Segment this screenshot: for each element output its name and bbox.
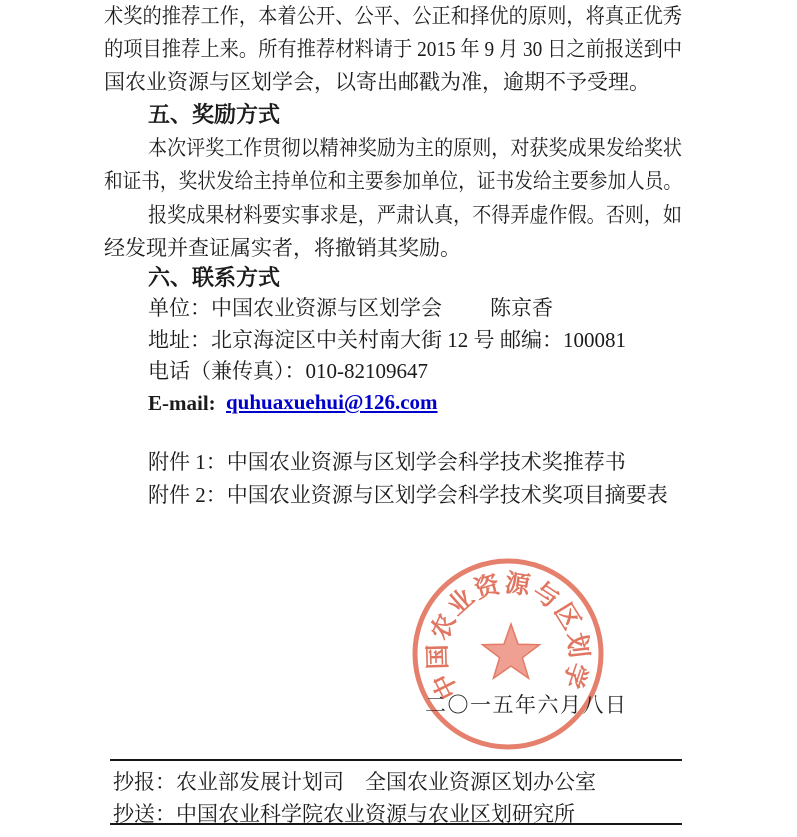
document-page: 术奖的推荐工作，本着公开、公平、公正和择优的原则，将真正优秀 的项目推荐上来。所… xyxy=(0,0,797,837)
body-line: 术奖的推荐工作，本着公开、公平、公正和择优的原则，将真正优秀 xyxy=(104,4,682,28)
section-heading-6: 六、联系方式 xyxy=(148,266,280,290)
attachment-line-2: 附件 2：中国农业资源与区划学会科学技术奖项目摘要表 xyxy=(148,483,668,507)
contact-postcode: 邮编：100081 xyxy=(500,328,626,352)
footer-rule-bottom xyxy=(110,823,682,825)
body-line: 的项目推荐上来。所有推荐材料请于 2015 年 9 月 30 日之前报送到中 xyxy=(104,37,682,61)
date-line: 二〇一五年六月八日 xyxy=(425,689,628,719)
footer-cc-report: 抄报：农业部发展计划司 全国农业资源区划办公室 xyxy=(113,770,596,794)
body-line: 报奖成果材料要实事求是，严肃认真，不得弄虚作假。否则，如 xyxy=(148,203,682,227)
attachment-line-1: 附件 1：中国农业资源与区划学会科学技术奖推荐书 xyxy=(148,450,626,474)
contact-person: 陈京香 xyxy=(490,296,553,320)
section-heading-5: 五、奖励方式 xyxy=(148,103,280,127)
contact-unit: 单位：中国农业资源与区划学会 xyxy=(148,296,442,320)
svg-text:中国农业资源与区划学会: 中国农业资源与区划学会 xyxy=(398,544,593,704)
body-line: 国农业资源与区划学会，以寄出邮戳为准，逾期不予受理。 xyxy=(104,70,650,94)
email-label: E-mail: xyxy=(148,391,216,415)
seal-arc-text: 中国农业资源与区划学会 xyxy=(398,544,593,704)
body-line: 和证书，奖状发给主持单位和主要参加单位，证书发给主要参加人员。 xyxy=(104,169,682,193)
contact-address: 地址：北京海淀区中关村南大街 12 号 xyxy=(148,328,495,352)
seal-star-icon xyxy=(483,624,540,678)
official-seal: 中国农业资源与区划学会 xyxy=(398,544,618,764)
email-link[interactable]: quhuaxuehui@126.com xyxy=(226,390,438,414)
body-line: 本次评奖工作贯彻以精神奖励为主的原则，对获奖成果发给奖状 xyxy=(148,136,682,160)
contact-phone: 电话（兼传真）：010-82109647 xyxy=(148,359,428,383)
body-line: 经发现并查证属实者，将撤销其奖励。 xyxy=(104,236,461,260)
